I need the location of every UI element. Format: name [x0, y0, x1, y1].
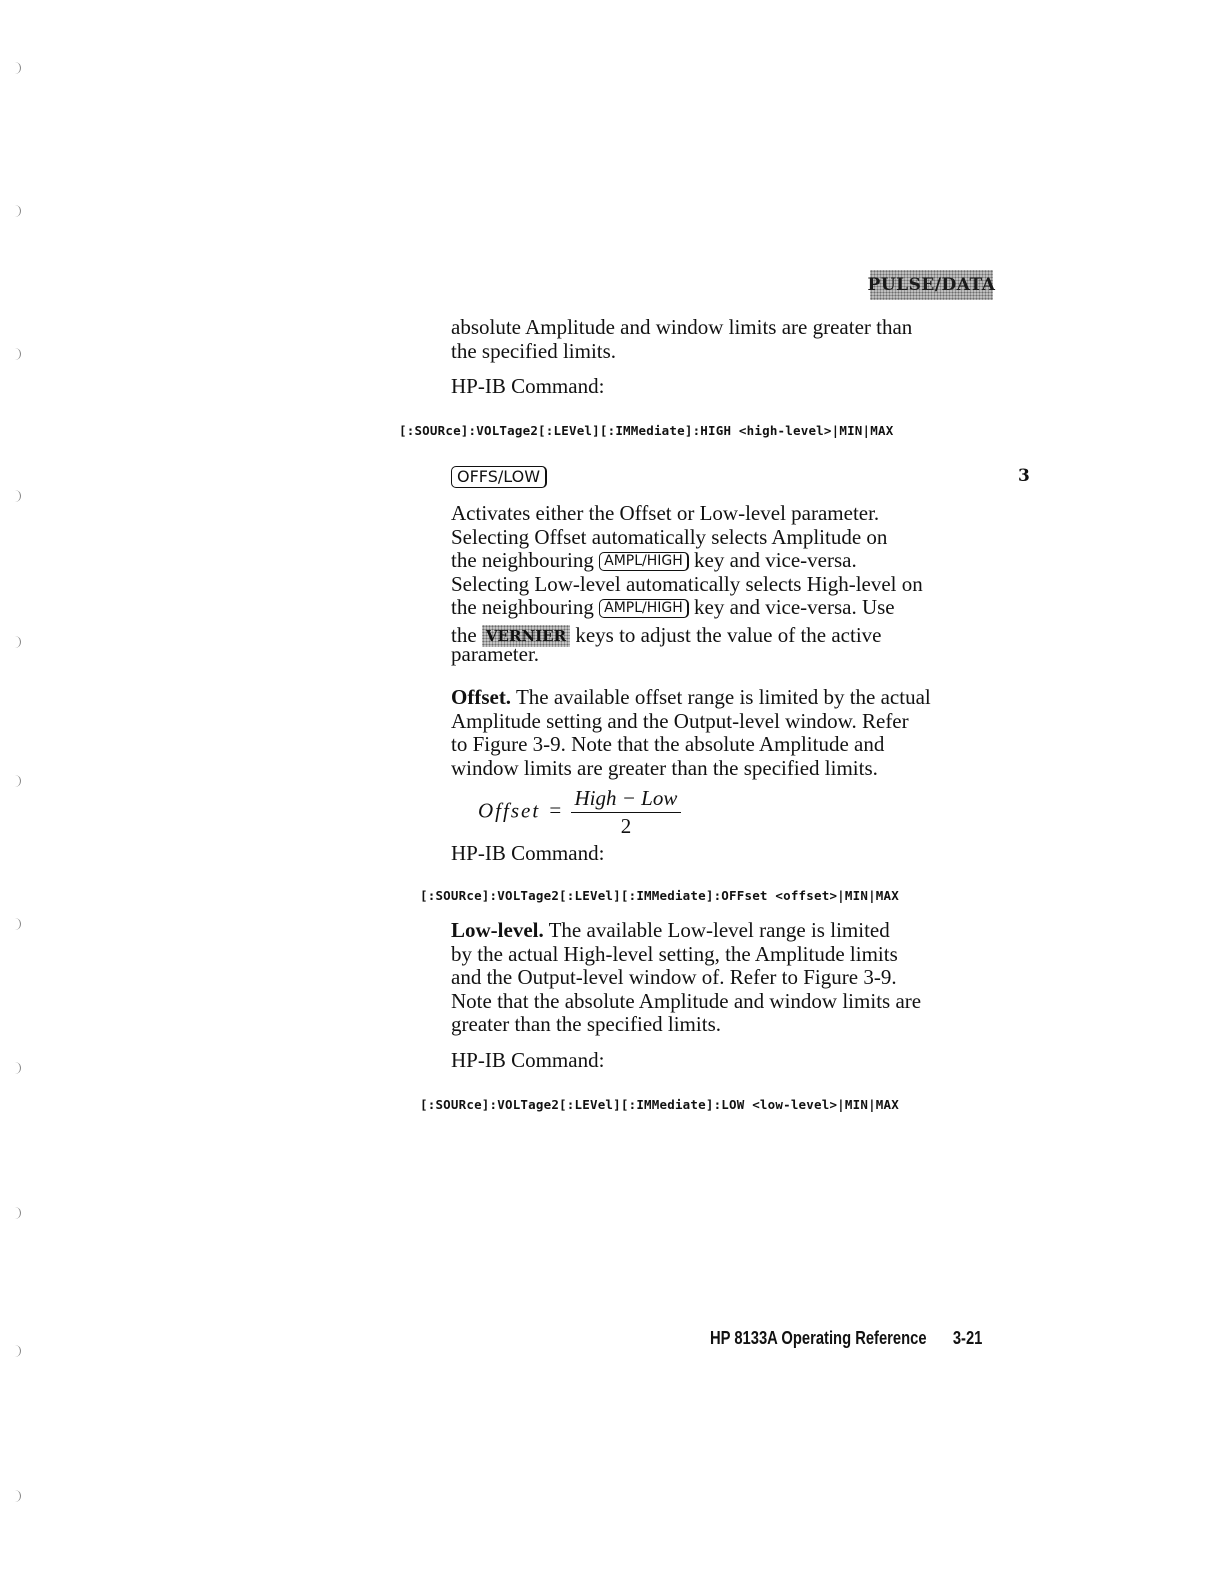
- offset-section: Offset. The available offset range is li…: [451, 686, 1011, 780]
- hpib-command-low: [:SOURce]:VOLTage2[:LEVel][:IMMediate]:L…: [420, 1097, 899, 1112]
- binding-mark: [14, 1062, 21, 1074]
- offset-heading: Offset.: [451, 685, 511, 709]
- text-line: Low-level. The available Low-level range…: [451, 919, 1011, 943]
- text-fragment: keys to adjust the value of the active: [575, 623, 881, 647]
- text-fragment: The available Low-level range is limited: [549, 918, 890, 942]
- text-line: the neighbouring AMPL/HIGH key and vice-…: [451, 596, 1011, 620]
- formula-numerator: High − Low: [571, 786, 682, 813]
- text-fragment: the neighbouring: [451, 548, 594, 572]
- text-line: to Figure 3-9. Note that the absolute Am…: [451, 733, 1011, 757]
- text-line: window limits are greater than the speci…: [451, 757, 1011, 781]
- hpib-command-high: [:SOURce]:VOLTage2[:LEVel][:IMMediate]:H…: [399, 423, 893, 438]
- intro-paragraph: absolute Amplitude and window limits are…: [451, 316, 912, 363]
- binding-mark: [14, 918, 21, 930]
- low-level-heading: Low-level.: [451, 918, 544, 942]
- text-line: Selecting Low-level automatically select…: [451, 573, 1011, 597]
- binding-mark: [14, 636, 21, 648]
- text-line: Amplitude setting and the Output-level w…: [451, 710, 1011, 734]
- formula-equals: =: [549, 798, 561, 822]
- chapter-number: 3: [1018, 466, 1030, 486]
- text-fragment: The available offset range is limited by…: [516, 685, 931, 709]
- binding-mark: [14, 490, 21, 502]
- page-number: 3-21: [953, 1328, 983, 1348]
- text-fragment: key and vice-versa. Use: [694, 595, 895, 619]
- hpib-label: HP-IB Command:: [451, 375, 604, 399]
- hpib-command-offset: [:SOURce]:VOLTage2[:LEVel][:IMMediate]:O…: [420, 888, 899, 903]
- hpib-label: HP-IB Command:: [451, 842, 604, 866]
- formula-lhs: Offset: [478, 798, 540, 822]
- binding-mark: [14, 775, 21, 787]
- hpib-label: HP-IB Command:: [451, 1049, 604, 1073]
- text-line: by the actual High-level setting, the Am…: [451, 943, 1011, 967]
- text-fragment: key and vice-versa.: [694, 548, 857, 572]
- binding-mark: [14, 1207, 21, 1219]
- page-footer: HP 8133A Operating Reference 3-21: [710, 1328, 982, 1349]
- text-line: Selecting Offset automatically selects A…: [451, 526, 1011, 550]
- binding-mark: [14, 62, 21, 74]
- binding-mark: [14, 348, 21, 360]
- text-line: greater than the specified limits.: [451, 1013, 1011, 1037]
- text-line: Activates either the Offset or Low-level…: [451, 502, 1011, 526]
- ampl-high-key: AMPL/HIGH: [599, 599, 689, 618]
- formula-denominator: 2: [621, 813, 632, 839]
- binding-mark: [14, 205, 21, 217]
- offs-low-key: OFFS/LOW: [451, 466, 547, 488]
- text-line: Note that the absolute Amplitude and win…: [451, 990, 1011, 1014]
- binding-mark: [14, 1345, 21, 1357]
- formula-fraction: High − Low 2: [571, 786, 682, 839]
- text-line: Offset. The available offset range is li…: [451, 686, 1011, 710]
- text-fragment: the neighbouring: [451, 595, 594, 619]
- intro-line: the specified limits.: [451, 340, 912, 364]
- offs-low-description: Activates either the Offset or Low-level…: [451, 502, 1011, 667]
- low-level-section: Low-level. The available Low-level range…: [451, 919, 1011, 1037]
- intro-line: absolute Amplitude and window limits are…: [451, 316, 912, 340]
- offset-formula: Offset = High − Low 2: [478, 786, 681, 839]
- section-tab-label: PULSE/DATA: [868, 275, 996, 295]
- offs-low-key-heading: OFFS/LOW: [451, 466, 547, 488]
- text-line: and the Output-level window of. Refer to…: [451, 966, 1011, 990]
- manual-title: HP 8133A Operating Reference: [710, 1328, 927, 1348]
- ampl-high-key: AMPL/HIGH: [599, 552, 689, 571]
- text-line: the neighbouring AMPL/HIGH key and vice-…: [451, 549, 1011, 573]
- section-tab: PULSE/DATA: [870, 270, 993, 300]
- binding-mark: [14, 1490, 21, 1502]
